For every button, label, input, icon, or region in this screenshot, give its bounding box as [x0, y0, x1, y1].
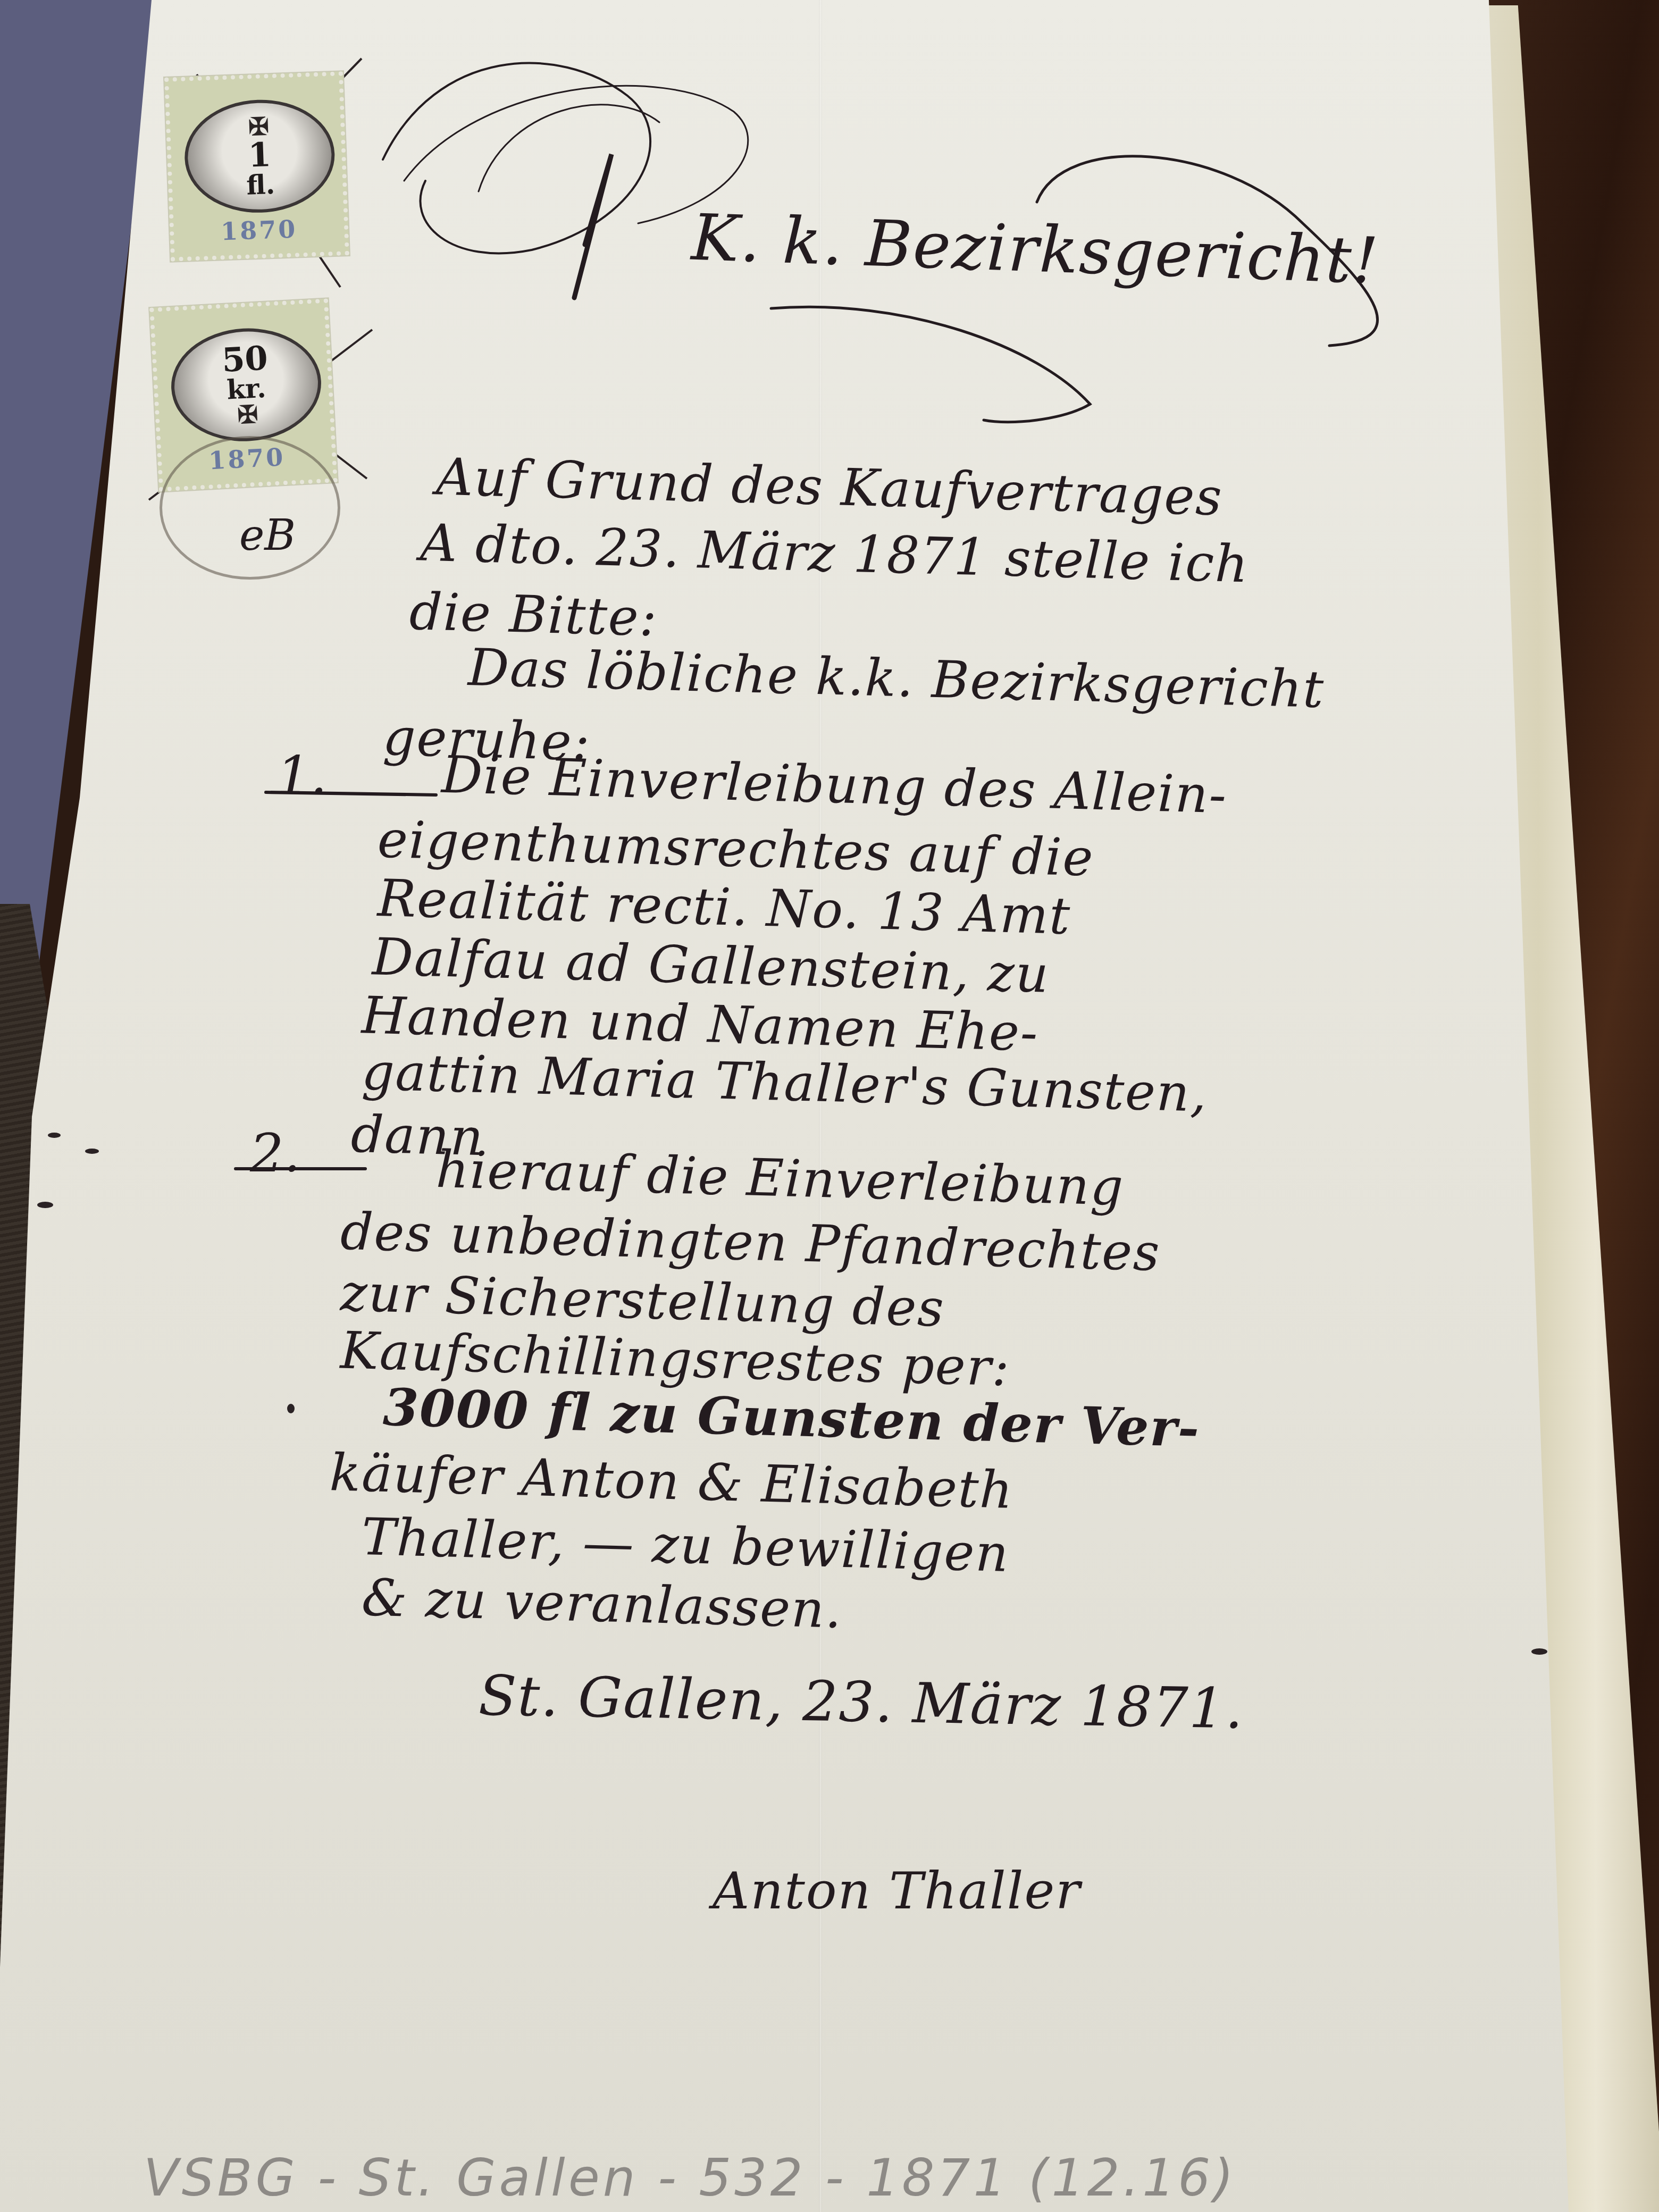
stamp-unit: fl. — [246, 171, 275, 199]
ink-spot — [85, 1149, 99, 1154]
double-headed-eagle-icon: ✠ — [237, 402, 258, 428]
revenue-stamp-1-florin: ✠ 1 fl. 1870 — [164, 71, 349, 262]
stamp-medallion: 50 kr. ✠ — [169, 324, 324, 445]
stamp-value: 1 — [248, 138, 272, 172]
item-number-2: 2. — [250, 1122, 300, 1184]
item-2-line: & zu veranlassen. — [361, 1568, 843, 1640]
ink-spot — [37, 1202, 53, 1208]
ink-spot — [1531, 1648, 1547, 1655]
item-number-1: 1. — [276, 744, 327, 807]
place-and-date: St. Gallen, 23. März 1871. — [478, 1663, 1245, 1741]
pencil-archive-reference: VSBG - St. Gallen - 532 - 1871 (12.16) — [144, 2148, 1237, 2208]
stamp-value: 50 — [221, 342, 269, 377]
body-line: die Bitte: — [409, 582, 659, 648]
ink-spot — [48, 1133, 61, 1138]
ink-spot — [287, 1404, 295, 1413]
item-number-underline — [234, 1167, 367, 1170]
stamp-year: 1870 — [173, 213, 345, 247]
stamp-initials: eB — [239, 510, 296, 560]
stamp-medallion: ✠ 1 fl. — [183, 97, 337, 215]
stamp-unit: kr. — [226, 375, 266, 404]
signature: Anton Thaller — [713, 1861, 1081, 1921]
